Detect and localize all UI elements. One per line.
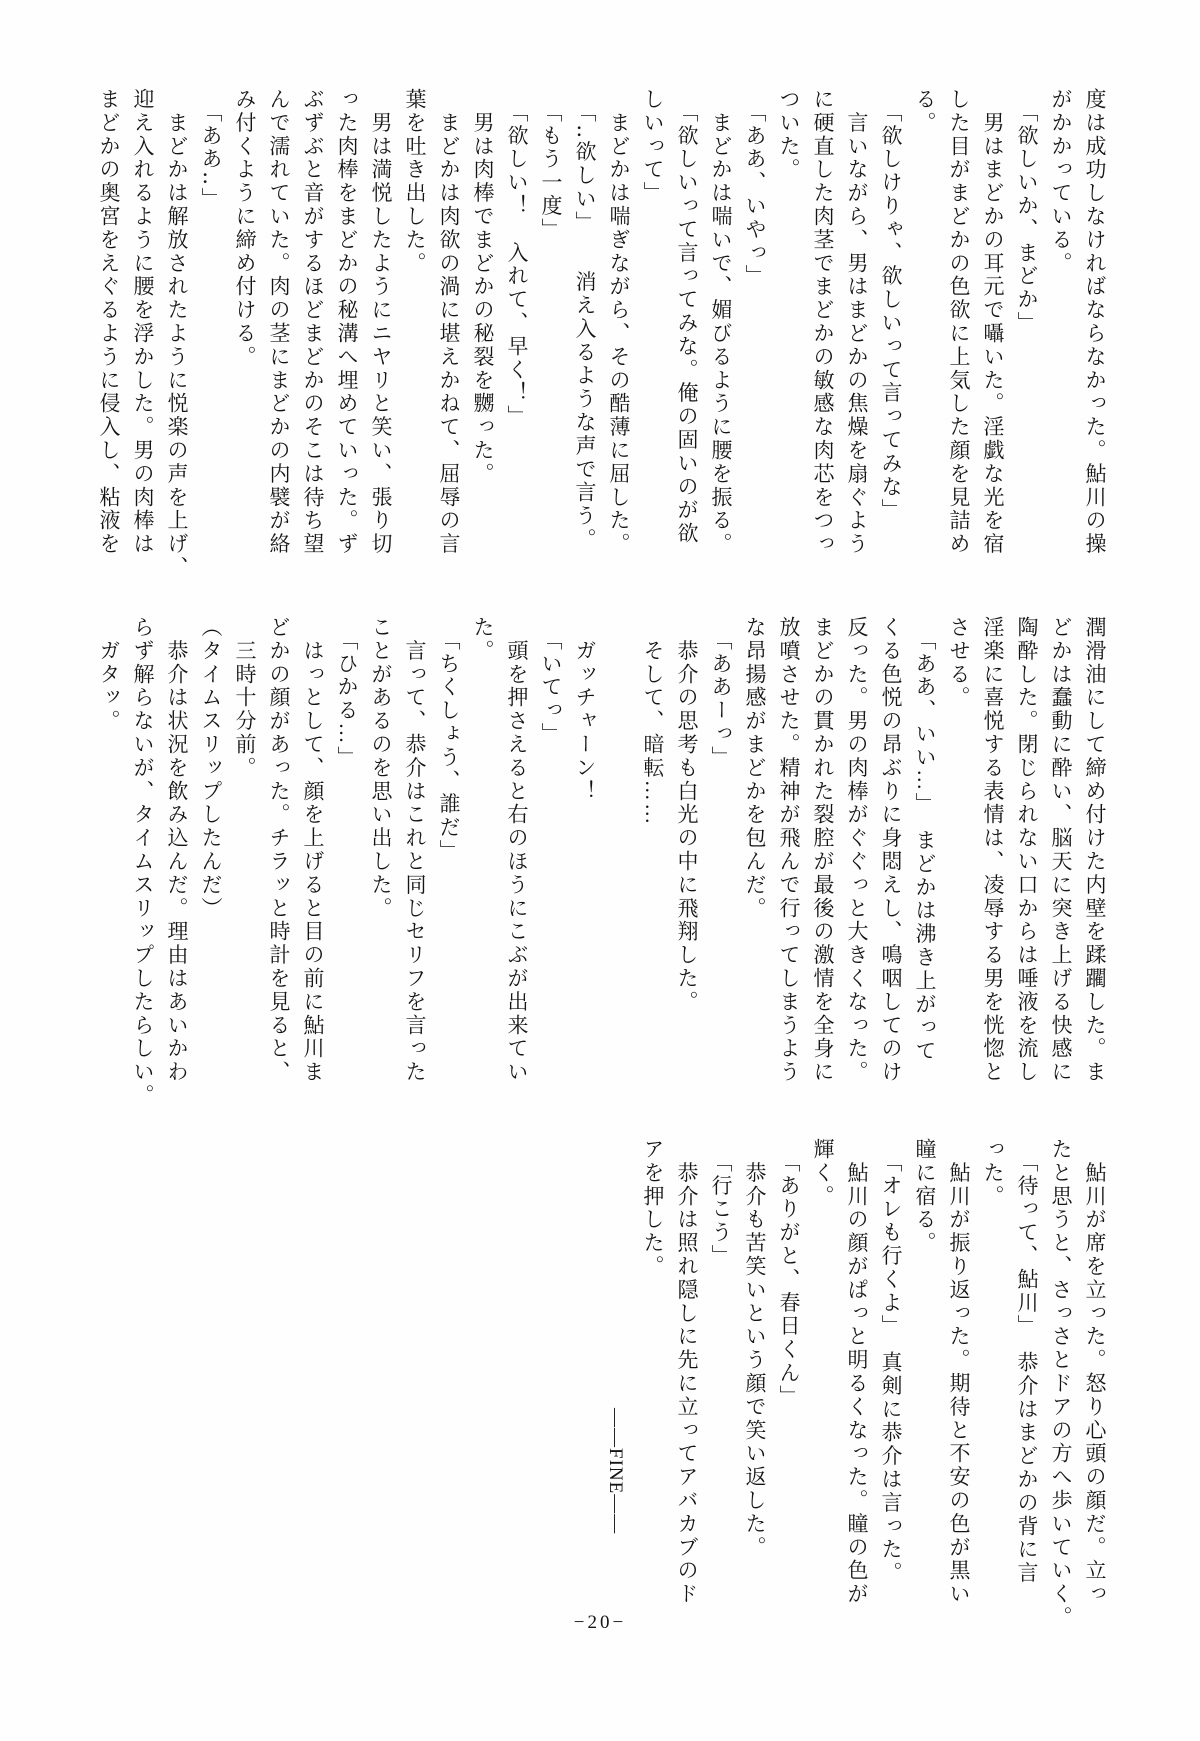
text-column: ガタッ。 (92, 616, 126, 1116)
text-column: たと思うと、さっさとドアの方へ歩いていく。 (1044, 1138, 1078, 1633)
text-column: 「欲しいって言ってみな。俺の固いのが欲 (670, 88, 704, 588)
text-column: 「ああ、いい…」 まどかは沸き上がって (908, 616, 942, 1116)
text-column: ガッチャーン！ (568, 616, 602, 1116)
end-mark: ——FINE—— (596, 1408, 634, 1628)
text-column: る。 (908, 88, 942, 588)
text-column: くる色悦の昂ぶりに身悶えし、鳴咽してのけ (874, 616, 908, 1116)
text-column: 葉を吐き出した。 (398, 88, 432, 588)
text-column: 男は満悦したようにニヤリと笑い、張り切 (364, 88, 398, 588)
text-column: 鮎川が席を立った。怒り心頭の顔だ。立っ (1078, 1138, 1112, 1633)
text-column: 恭介は照れ隠しに先に立ってアバカブのド (670, 1138, 704, 1633)
text-column: 「もう一度」 (534, 88, 568, 588)
text-column: み付くように締め付ける。 (228, 88, 262, 588)
scanned-novel-page: 度は成功しなければならなかった。鮎川の操がかかっている。 「欲しいか、まどか」 … (0, 0, 1200, 1741)
text-column: 迎え入れるように腰を浮かした。男の肉棒は (126, 88, 160, 588)
text-column: 頭を押さえると右のほうにこぶが出来てい (500, 616, 534, 1116)
text-column: 「欲しい！ 入れて、早く！」 (500, 88, 534, 588)
text-column: 輝く。 (806, 1138, 840, 1633)
text-column: 鮎川の顔がぱっと明るくなった。瞳の色が (840, 1138, 874, 1633)
text-column: 「いてっ」 (534, 616, 568, 1116)
text-column: んで濡れていた。肉の茎にまどかの内襞が絡 (262, 88, 296, 588)
page-number: −20− (0, 1612, 1200, 1634)
text-column: 潤滑油にして締め付けた内壁を蹂躙した。ま (1078, 616, 1112, 1116)
text-column: った。 (976, 1138, 1010, 1633)
text-column: 恭介の思考も白光の中に飛翔した。 (670, 616, 704, 1116)
text-column: 「欲しけりゃ、欲しいって言ってみな」 (874, 88, 908, 588)
text-column: 恭介も苦笑いという顔で笑い返した。 (738, 1138, 772, 1633)
text-band-middle: 潤滑油にして締め付けた内壁を蹂躙した。まどかは蠢動に酔い、脳天に突き上げる快感に… (86, 616, 1112, 1116)
text-column: がかかっている。 (1044, 88, 1078, 588)
text-column: 「行こう」 (704, 1138, 738, 1633)
text-column: まどかは喘いで、媚びるように腰を振る。 (704, 88, 738, 588)
text-column: 言いながら、男はまどかの焦燥を扇ぐよう (840, 88, 874, 588)
text-column (602, 616, 636, 1116)
text-column: 「‥欲しい」 消え入るような声で言う。 (568, 88, 602, 588)
text-column: した目がまどかの色欲に上気した顔を見詰め (942, 88, 976, 588)
text-column: 言って、恭介はこれと同じセリフを言った (398, 616, 432, 1116)
text-column: た。 (466, 616, 500, 1116)
text-column: まどかは喘ぎながら、その酷薄に屈した。 (602, 88, 636, 588)
text-column: そして、暗転…… (636, 616, 670, 1116)
text-column: 男は肉棒でまどかの秘裂を嬲った。 (466, 88, 500, 588)
text-column: 度は成功しなければならなかった。鮎川の操 (1078, 88, 1112, 588)
text-column: ことがあるのを思い出した。 (364, 616, 398, 1116)
text-column: に硬直した肉茎でまどかの敏感な肉芯をつっ (806, 88, 840, 588)
text-column: 瞳に宿る。 (908, 1138, 942, 1633)
text-column: った肉棒をまどかの秘溝へ埋めていった。ず (330, 88, 364, 588)
text-column: まどかの貫かれた裂腔が最後の激情を全身に (806, 616, 840, 1116)
text-column: 放噴させた。精神が飛んで行ってしまうよう (772, 616, 806, 1116)
text-column: 反った。男の肉棒がぐぐっと大きくなった。 (840, 616, 874, 1116)
text-column: まどかの奥宮をえぐるように侵入し、粘液を (92, 88, 126, 588)
text-column: 恭介は状況を飲み込んだ。理由はあいかわ (160, 616, 194, 1116)
text-column: 陶酔した。閉じられない口からは唾液を流し (1010, 616, 1044, 1116)
text-column: 「ああ、いやっ」 (738, 88, 772, 588)
text-column: させる。 (942, 616, 976, 1116)
text-column: 「ああ‥」 (194, 88, 228, 588)
text-column: はっとして、顔を上げると目の前に鮎川ま (296, 616, 330, 1116)
text-column: 「欲しいか、まどか」 (1010, 88, 1044, 588)
text-column: 三時十分前。 (228, 616, 262, 1116)
text-column: 「ちくしょう、誰だ」 (432, 616, 466, 1116)
text-column: ぶずぶと音がするほどまどかのそこは待ち望 (296, 88, 330, 588)
text-column: 「待って、鮎川」 恭介はまどかの背に言 (1010, 1138, 1044, 1633)
text-column: しいって」 (636, 88, 670, 588)
text-column: まどかは解放されたように悦楽の声を上げ、 (160, 88, 194, 588)
text-column: 「ああーっ」 (704, 616, 738, 1116)
text-column: まどかは肉欲の渦に堪えかねて、屈辱の言 (432, 88, 466, 588)
text-column: 淫楽に喜悦する表情は、凌辱する男を恍惚と (976, 616, 1010, 1116)
text-column: どかの顔があった。チラッと時計を見ると、 (262, 616, 296, 1116)
text-column: 男はまどかの耳元で囁いた。淫戯な光を宿 (976, 88, 1010, 588)
text-column: 「オレも行くよ」 真剣に恭介は言った。 (874, 1138, 908, 1633)
text-column: ついた。 (772, 88, 806, 588)
text-column: 「ひかる…」 (330, 616, 364, 1116)
text-column: アを押した。 (636, 1138, 670, 1633)
text-column: らず解らないが、タイムスリップしたらしい。 (126, 616, 160, 1116)
text-column: （タイムスリップしたんだ） (194, 616, 228, 1116)
text-column: 「ありがと、春日くん」 (772, 1138, 806, 1633)
text-column: な昂揚感がまどかを包んだ。 (738, 616, 772, 1116)
text-column: 鮎川が振り返った。期待と不安の色が黒い (942, 1138, 976, 1633)
text-band-top: 度は成功しなければならなかった。鮎川の操がかかっている。 「欲しいか、まどか」 … (86, 88, 1112, 588)
text-column: どかは蠢動に酔い、脳天に突き上げる快感に (1044, 616, 1078, 1116)
